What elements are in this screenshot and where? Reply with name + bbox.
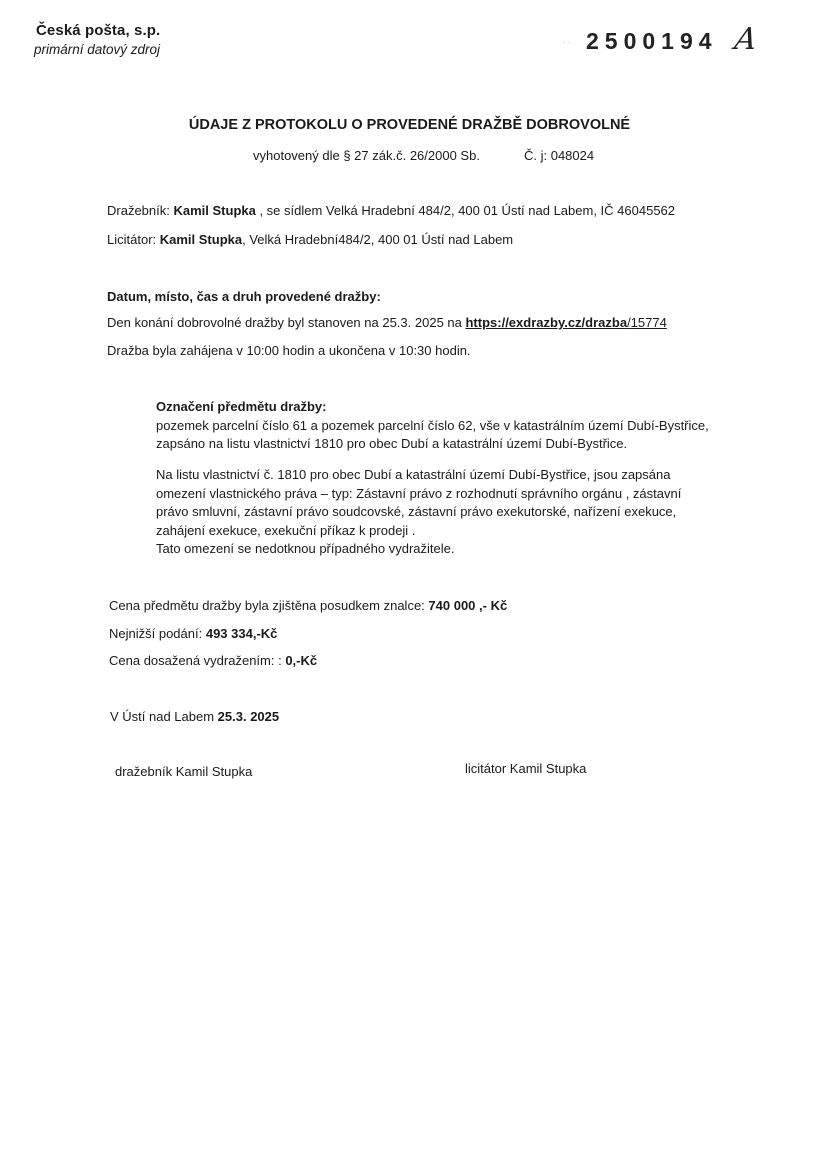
encumbrances-section: Na listu vlastnictví č. 1810 pro obec Du…: [156, 466, 716, 559]
achieved-price-value: 0,-Kč: [285, 653, 317, 668]
auctioneer-name: Kamil Stupka: [173, 203, 255, 218]
document-number: 2500194: [586, 28, 718, 55]
place-date-line: V Ústí nad Labem 25.3. 2025: [110, 709, 279, 724]
document-subtitle: vyhotovený dle § 27 zák.č. 26/2000 Sb.: [253, 148, 480, 163]
stamp-source: primární datový zdroj: [34, 42, 160, 57]
auctioneer-label: Dražebník:: [107, 203, 173, 218]
licitator-name: Kamil Stupka: [160, 232, 242, 247]
valuation-value: 740 000 ,- Kč: [428, 598, 507, 613]
achieved-price-label: Cena dosažená vydražením: :: [109, 653, 285, 668]
scan-dots: ··: [562, 38, 573, 47]
document-title: ÚDAJE Z PROTOKOLU O PROVEDENÉ DRAŽBĚ DOB…: [0, 117, 819, 133]
stamp-organization: Česká pošta, s.p.: [36, 22, 160, 39]
reference-number: Č. j: 048024: [524, 148, 594, 163]
minimum-bid-label: Nejnižší podání:: [109, 626, 206, 641]
auction-link-suffix[interactable]: /15774: [627, 315, 667, 330]
subject-heading: Označení předmětu dražby:: [156, 398, 716, 417]
place-label: V Ústí nad Labem: [110, 709, 218, 724]
valuation-line: Cena předmětu dražby byla zjištěna posud…: [109, 598, 507, 613]
subject-description: pozemek parcelní číslo 61 a pozemek parc…: [156, 417, 716, 454]
minimum-bid-line: Nejnižší podání: 493 334,-Kč: [109, 626, 277, 641]
auction-link[interactable]: https://exdrazby.cz/drazba: [465, 315, 627, 330]
encumbrances-note: Tato omezení se nedotknou případného vyd…: [156, 540, 716, 559]
subject-section: Označení předmětu dražby: pozemek parcel…: [156, 398, 716, 454]
auction-date-text: Den konání dobrovolné dražby byl stanove…: [107, 315, 465, 330]
document-number-suffix: A: [733, 22, 760, 57]
signing-date: 25.3. 2025: [218, 709, 279, 724]
auctioneer-line: Dražebník: Kamil Stupka , se sídlem Velk…: [107, 203, 675, 218]
auction-time: Dražba byla zahájena v 10:00 hodin a uko…: [107, 343, 471, 358]
licitator-details: , Velká Hradební484/2, 400 01 Ústí nad L…: [242, 232, 513, 247]
achieved-price-line: Cena dosažená vydražením: : 0,-Kč: [109, 653, 317, 668]
auction-info-heading: Datum, místo, čas a druh provedené dražb…: [107, 289, 381, 304]
encumbrances-text: Na listu vlastnictví č. 1810 pro obec Du…: [156, 466, 716, 540]
valuation-label: Cena předmětu dražby byla zjištěna posud…: [109, 598, 428, 613]
signature-auctioneer: dražebník Kamil Stupka: [115, 764, 252, 779]
auctioneer-details: , se sídlem Velká Hradební 484/2, 400 01…: [256, 203, 675, 218]
licitator-label: Licitátor:: [107, 232, 160, 247]
licitator-line: Licitátor: Kamil Stupka, Velká Hradební4…: [107, 232, 513, 247]
auction-date-line: Den konání dobrovolné dražby byl stanove…: [107, 315, 667, 330]
minimum-bid-value: 493 334,-Kč: [206, 626, 278, 641]
signature-licitator: licitátor Kamil Stupka: [465, 761, 586, 776]
